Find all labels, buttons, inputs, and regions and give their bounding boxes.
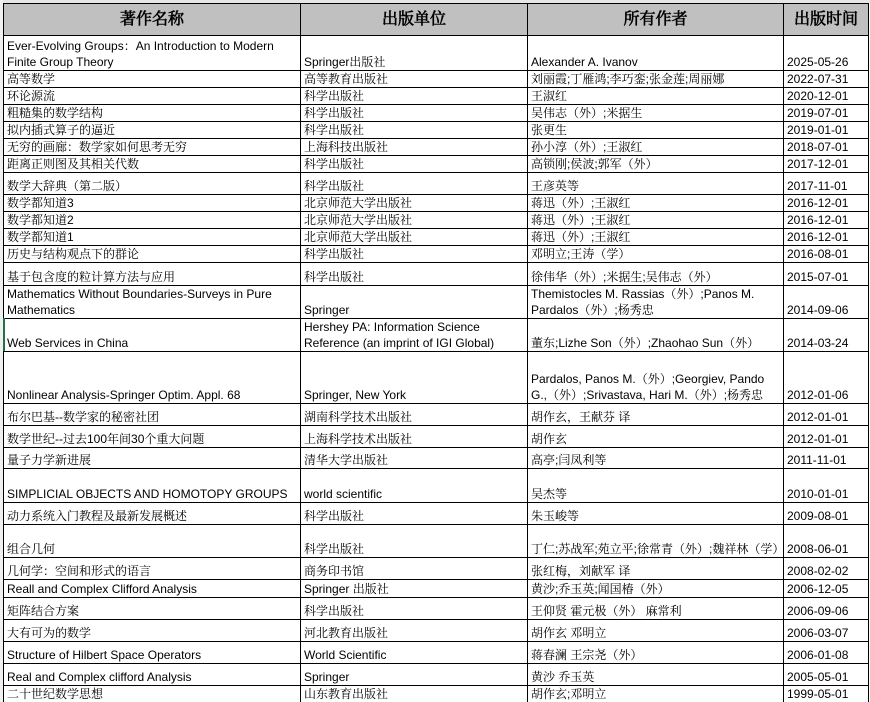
date-cell[interactable]: 2008-06-01: [784, 525, 869, 558]
publisher-cell[interactable]: 科学出版社: [301, 122, 528, 139]
date-cell[interactable]: 2012-01-01: [784, 426, 869, 448]
publisher-cell[interactable]: Springer: [301, 286, 528, 319]
date-cell[interactable]: 2011-11-01: [784, 448, 869, 469]
publisher-cell[interactable]: world scientific: [301, 469, 528, 503]
date-cell[interactable]: 2019-01-01: [784, 122, 869, 139]
authors-cell[interactable]: 刘丽霞;丁雁鸿;李巧銮;张金莲;周丽娜: [528, 71, 784, 88]
title-cell[interactable]: 数学都知道2: [4, 212, 301, 229]
publisher-cell[interactable]: 河北教育出版社: [301, 620, 528, 642]
authors-cell[interactable]: 邓明立;王涛（学）: [528, 246, 784, 263]
title-cell[interactable]: Structure of Hilbert Space Operators: [4, 642, 301, 664]
table-row: 环论源流科学出版社王淑红2020-12-01: [4, 88, 869, 105]
date-cell[interactable]: 2014-09-06: [784, 286, 869, 319]
date-cell[interactable]: 2015-07-01: [784, 263, 869, 286]
header-title[interactable]: 著作名称: [4, 4, 301, 36]
title-cell[interactable]: 组合几何: [4, 525, 301, 558]
title-cell[interactable]: 大有可为的数学: [4, 620, 301, 642]
publisher-cell[interactable]: 科学出版社: [301, 503, 528, 525]
authors-cell[interactable]: Pardalos, Panos M.（外）;Georgiev, Pando G.…: [528, 352, 784, 404]
table-row: 量子力学新进展清华大学出版社高亭;闫凤利等2011-11-01: [4, 448, 869, 469]
authors-cell[interactable]: Themistocles M. Rassias（外）;Panos M. Pard…: [528, 286, 784, 319]
table-row: Real and Complex clifford AnalysisSpring…: [4, 664, 869, 686]
authors-cell[interactable]: 徐伟华（外）;米据生;吴伟志（外）: [528, 263, 784, 286]
date-cell[interactable]: 2005-05-01: [784, 664, 869, 686]
title-cell[interactable]: Mathematics Without Boundaries-Surveys i…: [4, 286, 301, 319]
title-cell[interactable]: 二十世纪数学思想: [4, 686, 301, 702]
title-cell[interactable]: 粗糙集的数学结构: [4, 105, 301, 122]
title-cell[interactable]: 几何学：空间和形式的语言: [4, 558, 301, 580]
authors-cell[interactable]: 张红梅，刘献军 译: [528, 558, 784, 580]
title-cell[interactable]: 拟内插式算子的逼近: [4, 122, 301, 139]
date-cell[interactable]: 2008-02-02: [784, 558, 869, 580]
publisher-cell[interactable]: 科学出版社: [301, 156, 528, 173]
date-cell[interactable]: 2016-12-01: [784, 195, 869, 212]
title-cell[interactable]: 数学世纪--过去100年间30个重大问题: [4, 426, 301, 448]
table-row: 数学大辞典（第二版）科学出版社王彦英等2017-11-01: [4, 173, 869, 195]
publisher-cell[interactable]: 上海科技出版社: [301, 139, 528, 156]
table-row: 拟内插式算子的逼近科学出版社张更生2019-01-01: [4, 122, 869, 139]
publisher-cell[interactable]: Springer出版社: [301, 36, 528, 71]
title-cell[interactable]: Reall and Complex Clifford Analysis: [4, 580, 301, 598]
title-cell[interactable]: 矩阵结合方案: [4, 598, 301, 620]
title-cell[interactable]: 布尔巴基--数学家的秘密社团: [4, 404, 301, 426]
authors-cell[interactable]: Alexander A. Ivanov: [528, 36, 784, 71]
authors-cell[interactable]: 吴杰等: [528, 469, 784, 503]
authors-cell[interactable]: 王彦英等: [528, 173, 784, 195]
date-cell[interactable]: 2017-11-01: [784, 173, 869, 195]
table-row: SIMPLICIAL OBJECTS AND HOMOTOPY GROUPSwo…: [4, 469, 869, 503]
table-row: Structure of Hilbert Space OperatorsWorl…: [4, 642, 869, 664]
title-cell[interactable]: 基于包含度的粒计算方法与应用: [4, 263, 301, 286]
authors-cell[interactable]: 蒋迅（外）;王淑红: [528, 212, 784, 229]
header-row: 著作名称 出版单位 所有作者 出版时间: [4, 4, 869, 36]
table-row: 几何学：空间和形式的语言商务印书馆张红梅，刘献军 译2008-02-02: [4, 558, 869, 580]
authors-cell[interactable]: 胡作玄;邓明立: [528, 686, 784, 702]
header-publisher[interactable]: 出版单位: [301, 4, 528, 36]
table-row: 数学都知道2北京师范大学出版社蒋迅（外）;王淑红2016-12-01: [4, 212, 869, 229]
publisher-cell[interactable]: 科学出版社: [301, 88, 528, 105]
publisher-cell[interactable]: 山东教育出版社: [301, 686, 528, 702]
date-cell[interactable]: 2009-08-01: [784, 503, 869, 525]
publisher-cell[interactable]: 北京师范大学出版社: [301, 212, 528, 229]
header-date[interactable]: 出版时间: [784, 4, 869, 36]
authors-cell[interactable]: 胡作玄 邓明立: [528, 620, 784, 642]
publisher-cell[interactable]: 北京师范大学出版社: [301, 195, 528, 212]
date-cell[interactable]: 2006-01-08: [784, 642, 869, 664]
publisher-cell[interactable]: 湖南科学技术出版社: [301, 404, 528, 426]
date-cell[interactable]: 2014-03-24: [784, 319, 869, 352]
authors-cell[interactable]: 黄沙;乔玉英;闻国椿（外）: [528, 580, 784, 598]
publisher-cell[interactable]: 科学出版社: [301, 105, 528, 122]
authors-cell[interactable]: 吴伟志（外）;米据生: [528, 105, 784, 122]
authors-cell[interactable]: 高亭;闫凤利等: [528, 448, 784, 469]
date-cell[interactable]: 2025-05-26: [784, 36, 869, 71]
authors-cell[interactable]: 孙小淳（外）;王淑红: [528, 139, 784, 156]
table-row: 基于包含度的粒计算方法与应用科学出版社徐伟华（外）;米据生;吴伟志（外）2015…: [4, 263, 869, 286]
title-cell[interactable]: Ever-Evolving Groups：An Introduction to …: [4, 36, 301, 71]
table-row: Ever-Evolving Groups：An Introduction to …: [4, 36, 869, 71]
date-cell[interactable]: 2016-08-01: [784, 246, 869, 263]
table-row: 无穷的画廊：数学家如何思考无穷上海科技出版社孙小淳（外）;王淑红2018-07-…: [4, 139, 869, 156]
table-row: 高等数学高等教育出版社刘丽霞;丁雁鸿;李巧銮;张金莲;周丽娜2022-07-31: [4, 71, 869, 88]
publisher-cell[interactable]: 科学出版社: [301, 525, 528, 558]
authors-cell[interactable]: 蒋迅（外）;王淑红: [528, 229, 784, 246]
date-cell[interactable]: 2006-12-05: [784, 580, 869, 598]
publisher-cell[interactable]: World Scientific: [301, 642, 528, 664]
title-cell[interactable]: Web Services in China: [4, 319, 301, 352]
date-cell[interactable]: 2012-01-06: [784, 352, 869, 404]
table-row: 布尔巴基--数学家的秘密社团湖南科学技术出版社胡作玄，王献芬 译2012-01-…: [4, 404, 869, 426]
title-cell[interactable]: 距离正则图及其相关代数: [4, 156, 301, 173]
date-cell[interactable]: 2017-12-01: [784, 156, 869, 173]
title-cell[interactable]: SIMPLICIAL OBJECTS AND HOMOTOPY GROUPS: [4, 469, 301, 503]
publications-table: 著作名称 出版单位 所有作者 出版时间 Ever-Evolving Groups…: [3, 3, 869, 702]
title-cell[interactable]: 动力系统入门教程及最新发展概述: [4, 503, 301, 525]
title-cell[interactable]: 量子力学新进展: [4, 448, 301, 469]
publisher-cell[interactable]: 高等教育出版社: [301, 71, 528, 88]
publisher-cell[interactable]: 商务印书馆: [301, 558, 528, 580]
publisher-cell[interactable]: 科学出版社: [301, 246, 528, 263]
publisher-cell[interactable]: 上海科学技术出版社: [301, 426, 528, 448]
publisher-cell[interactable]: Springer: [301, 664, 528, 686]
date-cell[interactable]: 2006-09-06: [784, 598, 869, 620]
date-cell[interactable]: 2016-12-01: [784, 212, 869, 229]
date-cell[interactable]: 2019-07-01: [784, 105, 869, 122]
title-cell[interactable]: Nonlinear Analysis-Springer Optim. Appl.…: [4, 352, 301, 404]
authors-cell[interactable]: 王淑红: [528, 88, 784, 105]
date-cell[interactable]: 2010-01-01: [784, 469, 869, 503]
table-row: Nonlinear Analysis-Springer Optim. Appl.…: [4, 352, 869, 404]
date-cell[interactable]: 2012-01-01: [784, 404, 869, 426]
authors-cell[interactable]: 朱玉峻等: [528, 503, 784, 525]
authors-cell[interactable]: 蒋春澜 王宗尧（外）: [528, 642, 784, 664]
date-cell[interactable]: 1999-05-01: [784, 686, 869, 702]
title-cell[interactable]: 数学都知道1: [4, 229, 301, 246]
table-row: 数学都知道3北京师范大学出版社蒋迅（外）;王淑红2016-12-01: [4, 195, 869, 212]
table-row: 二十世纪数学思想山东教育出版社胡作玄;邓明立1999-05-01: [4, 686, 869, 702]
date-cell[interactable]: 2006-03-07: [784, 620, 869, 642]
table-row: Web Services in ChinaHershey PA: Informa…: [4, 319, 869, 352]
table-row: Mathematics Without Boundaries-Surveys i…: [4, 286, 869, 319]
authors-cell[interactable]: 高锁刚;侯波;郭军（外）: [528, 156, 784, 173]
publisher-cell[interactable]: 科学出版社: [301, 173, 528, 195]
publisher-cell[interactable]: Springer, New York: [301, 352, 528, 404]
authors-cell[interactable]: 黄沙 乔玉英: [528, 664, 784, 686]
title-cell[interactable]: Real and Complex clifford Analysis: [4, 664, 301, 686]
table-row: 历史与结构观点下的群论科学出版社邓明立;王涛（学）2016-08-01: [4, 246, 869, 263]
publisher-cell[interactable]: 北京师范大学出版社: [301, 229, 528, 246]
table-row: 动力系统入门教程及最新发展概述科学出版社朱玉峻等2009-08-01: [4, 503, 869, 525]
authors-cell[interactable]: 董东;Lizhe Son（外）;Zhaohao Sun（外）: [528, 319, 784, 352]
table-row: 矩阵结合方案科学出版社王仰贤 霍元极（外） 麻常利2006-09-06: [4, 598, 869, 620]
title-cell[interactable]: 历史与结构观点下的群论: [4, 246, 301, 263]
publisher-cell[interactable]: Springer 出版社: [301, 580, 528, 598]
title-cell[interactable]: 无穷的画廊：数学家如何思考无穷: [4, 139, 301, 156]
table-row: 组合几何科学出版社丁仁;苏战军;苑立平;徐常青（外）;魏祥林（学）2008-06…: [4, 525, 869, 558]
table-row: 数学都知道1北京师范大学出版社蒋迅（外）;王淑红2016-12-01: [4, 229, 869, 246]
authors-cell[interactable]: 张更生: [528, 122, 784, 139]
table-row: Reall and Complex Clifford AnalysisSprin…: [4, 580, 869, 598]
table-row: 数学世纪--过去100年间30个重大问题上海科学技术出版社胡作玄2012-01-…: [4, 426, 869, 448]
table-row: 距离正则图及其相关代数科学出版社高锁刚;侯波;郭军（外）2017-12-01: [4, 156, 869, 173]
title-cell[interactable]: 高等数学: [4, 71, 301, 88]
title-cell[interactable]: 数学大辞典（第二版）: [4, 173, 301, 195]
table-row: 粗糙集的数学结构科学出版社吴伟志（外）;米据生2019-07-01: [4, 105, 869, 122]
date-cell[interactable]: 2020-12-01: [784, 88, 869, 105]
date-cell[interactable]: 2016-12-01: [784, 229, 869, 246]
header-authors[interactable]: 所有作者: [528, 4, 784, 36]
publisher-cell[interactable]: 清华大学出版社: [301, 448, 528, 469]
authors-cell[interactable]: 蒋迅（外）;王淑红: [528, 195, 784, 212]
table-row: 大有可为的数学河北教育出版社胡作玄 邓明立2006-03-07: [4, 620, 869, 642]
authors-cell[interactable]: 胡作玄，王献芬 译: [528, 404, 784, 426]
date-cell[interactable]: 2022-07-31: [784, 71, 869, 88]
date-cell[interactable]: 2018-07-01: [784, 139, 869, 156]
publisher-cell[interactable]: 科学出版社: [301, 263, 528, 286]
authors-cell[interactable]: 丁仁;苏战军;苑立平;徐常青（外）;魏祥林（学）: [528, 525, 784, 558]
title-cell[interactable]: 环论源流: [4, 88, 301, 105]
active-cell-marker: [3, 318, 5, 351]
publisher-cell[interactable]: 科学出版社: [301, 598, 528, 620]
authors-cell[interactable]: 王仰贤 霍元极（外） 麻常利: [528, 598, 784, 620]
title-cell[interactable]: 数学都知道3: [4, 195, 301, 212]
publisher-cell[interactable]: Hershey PA: Information Science Referenc…: [301, 319, 528, 352]
authors-cell[interactable]: 胡作玄: [528, 426, 784, 448]
